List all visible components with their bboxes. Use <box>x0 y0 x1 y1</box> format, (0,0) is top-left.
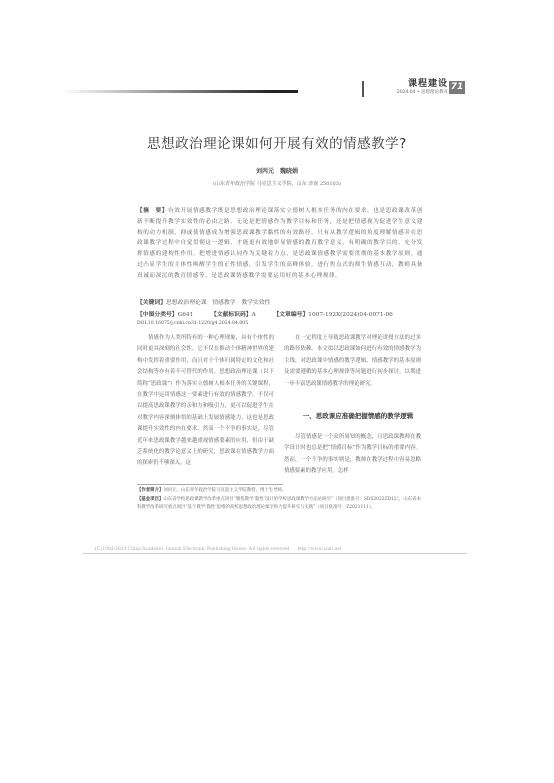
doc-code-value: A <box>252 312 256 318</box>
running-header: 课程建设 2024.04 • 思想理论教育 <box>366 79 448 96</box>
abstract-label: 【摘 要】 <box>137 208 168 214</box>
footnote-author: 【作者简介】刘丙元，山东青年政治学院马克思主义学院教授，博士生导师。 <box>137 487 423 496</box>
affiliation: (山东青年政治学院 马克思主义学院，山东 济南 250103) <box>60 180 494 187</box>
body-right-column-intro: 在一定程度上导致思政课教学对理论讲授方法的过多的路径依赖。本文拟以思政课如何进行… <box>284 333 421 390</box>
section-heading: 一、思政课应准确把握情感的教学逻辑 <box>284 411 432 420</box>
clc-label: 【中图分类号】 <box>137 312 178 318</box>
keywords-label: 【关键词】 <box>137 300 166 306</box>
article-no-value: 1007-192X(2024)04-0071-06 <box>308 312 393 318</box>
footer-rule <box>83 553 467 554</box>
header-divider <box>362 81 364 97</box>
section-name: 课程建设 <box>366 79 448 89</box>
doi: DOI:10.16075/j.cnki.cn31-1220/g4.2024.04… <box>137 321 248 326</box>
abstract-text: 有效开展情感教学既是思想政治理论课落实立德树人根本任务的内在要求，也是思政课改革… <box>137 208 423 279</box>
classification-line: 【中图分类号】G641 【文献标识码】A 【文章编号】1007-192X(202… <box>137 309 393 318</box>
copyright-footer: (C)1994-2024 China Academic Journal Elec… <box>95 544 341 552</box>
authors: 刘丙元 魏晓娟 <box>60 166 494 175</box>
footnotes: 【作者简介】刘丙元，山东青年政治学院马克思主义学院教授，博士生导师。 【基金项目… <box>137 487 423 513</box>
keywords: 【关键词】思想政治理论课 情感教学 教学实效性 <box>137 297 270 306</box>
article-no-label: 【文章编号】 <box>273 312 308 318</box>
header-rule <box>62 90 298 93</box>
body-right-column-section: 尽管情感是一个众所周知的概念，且思政课教师在教学设计时也总是把“情感目标”作为教… <box>284 432 421 478</box>
keywords-text: 思想政治理论课 情感教学 教学实效性 <box>166 300 270 306</box>
article-title: 思想政治理论课如何开展有效的情感教学? <box>60 132 494 152</box>
body-left-column: 情感作为人类所特有的一种心理现象，具有个体性的同时更具深刻的社会性。它不仅在推动… <box>137 333 274 470</box>
footnote-rule <box>137 484 283 485</box>
page-number: 71 <box>449 81 465 94</box>
abstract: 【摘 要】有效开展情感教学既是思想政治理论课落实立德树人根本任务的内在要求，也是… <box>137 206 423 282</box>
issue-info: 2024.04 • 思想理论教育 <box>366 89 448 96</box>
footnote-funding: 【基金项目】山东省学校思政课教学改革重点项目“聚焦教学‘黏性’设计的学校思政课教… <box>137 496 423 513</box>
doc-code-label: 【文献标识码】 <box>211 312 252 318</box>
clc-value: G641 <box>178 312 194 318</box>
